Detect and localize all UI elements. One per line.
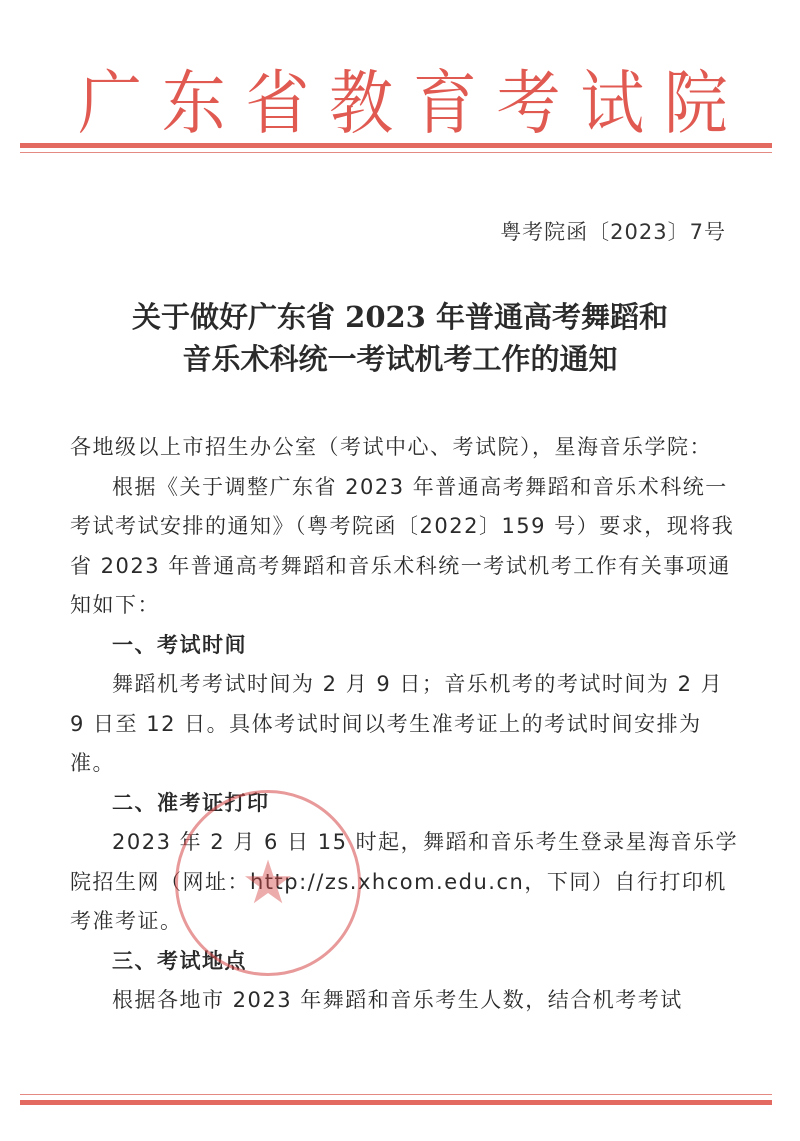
- document-title: 关于做好广东省 2023 年普通高考舞蹈和 音乐术科统一考试机考工作的通知: [0, 296, 800, 380]
- footer-divider-thin: [20, 1094, 772, 1095]
- section-heading-admission-ticket: 二、准考证打印: [70, 784, 740, 824]
- letterhead-char: 院: [664, 48, 728, 147]
- addressee: 各地级以上市招生办公室（考试中心、考试院），星海音乐学院：: [70, 428, 740, 468]
- letterhead-char: 省: [245, 48, 309, 147]
- letterhead-char: 教: [329, 48, 393, 147]
- letterhead-char: 东: [162, 48, 226, 147]
- letterhead-char: 育: [413, 48, 477, 147]
- section-text-admission-ticket: 2023 年 2 月 6 日 15 时起，舞蹈和音乐考生登录星海音乐学院招生网（…: [70, 823, 740, 942]
- document-number: 粤考院函〔2023〕7号: [500, 216, 726, 246]
- letterhead-char: 考: [497, 48, 561, 147]
- org-letterhead: 广 东 省 教 育 考 试 院: [78, 58, 728, 138]
- title-line-2: 音乐术科统一考试机考工作的通知: [0, 338, 800, 380]
- section-heading-exam-time: 一、考试时间: [70, 626, 740, 666]
- section-text-exam-location: 根据各地市 2023 年舞蹈和音乐考生人数，结合机考考试: [70, 981, 740, 1021]
- intro-paragraph: 根据《关于调整广东省 2023 年普通高考舞蹈和音乐术科统一考试考试安排的通知》…: [70, 468, 740, 626]
- document-body: 各地级以上市招生办公室（考试中心、考试院），星海音乐学院： 根据《关于调整广东省…: [70, 428, 740, 1021]
- header-divider-thin: [20, 152, 772, 153]
- section-text-exam-time: 舞蹈机考考试时间为 2 月 9 日；音乐机考的考试时间为 2 月 9 日至 12…: [70, 665, 740, 784]
- letterhead-char: 试: [580, 48, 644, 147]
- header-divider-thick: [20, 143, 772, 148]
- section-heading-exam-location: 三、考试地点: [70, 942, 740, 982]
- letterhead-char: 广: [78, 48, 142, 147]
- footer-divider-thick: [20, 1100, 772, 1105]
- title-line-1: 关于做好广东省 2023 年普通高考舞蹈和: [0, 296, 800, 338]
